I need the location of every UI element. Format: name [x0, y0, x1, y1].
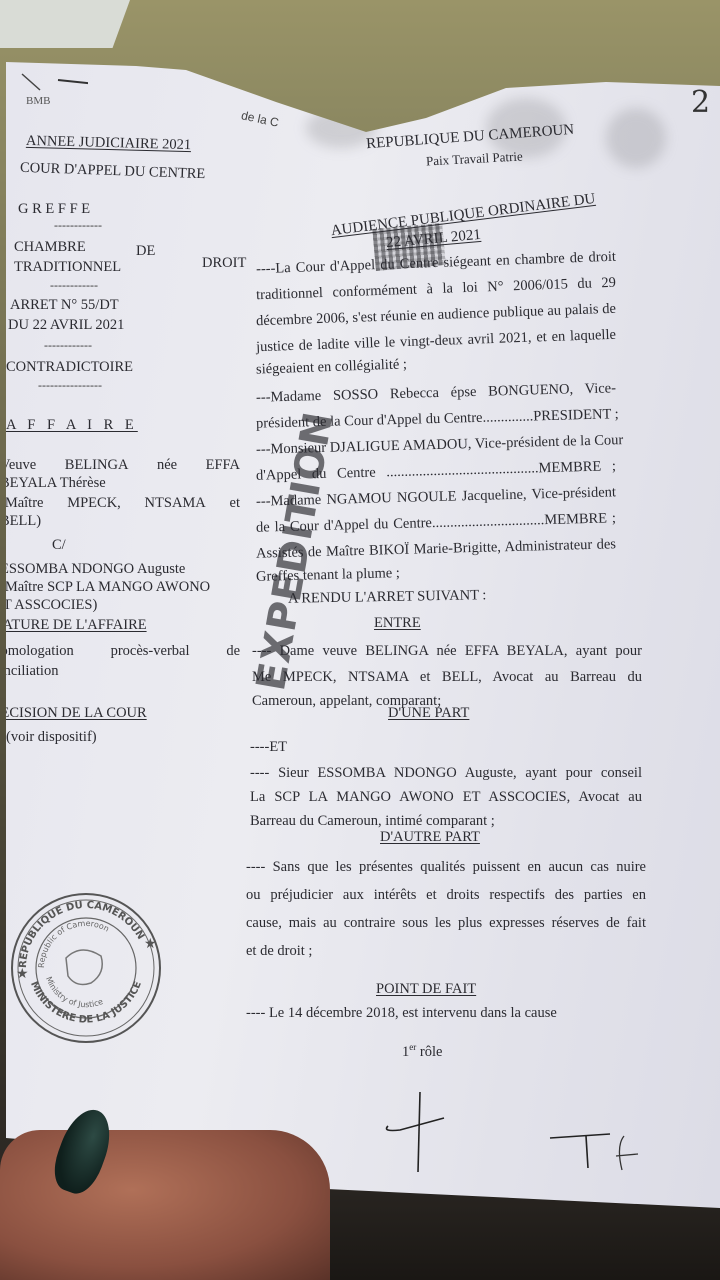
intro-line: traditionnel conformément à la loi N° 20…	[256, 274, 616, 305]
document-page: BMB de la C 2 ANNEE JUDICIAIRE 2021 COUR…	[6, 58, 720, 1208]
reserve-line: et de droit ;	[246, 942, 312, 960]
intro-line: décembre 2006, s'est réunie en audience …	[256, 300, 616, 331]
nature-title: NATURE DE L'AFFAIRE	[0, 616, 147, 634]
appelant-line-2: BEYALA Thérèse	[0, 474, 106, 492]
decision-title: DECISION DE LA COUR	[0, 704, 147, 722]
entre-label: ENTRE	[374, 614, 421, 632]
background-tile	[0, 0, 130, 48]
word: (Maître	[0, 494, 43, 512]
word: NTSAMA	[145, 494, 206, 512]
initials-label: BMB	[26, 92, 50, 110]
word: de	[226, 642, 240, 660]
nature-line-1: Homologation procès-verbal de	[0, 642, 240, 660]
chambre-traditionnel: TRADITIONNEL	[14, 258, 121, 276]
signature-1-icon	[382, 1088, 452, 1178]
partie1-line: Me MPECK, NTSAMA et BELL, Avocat au Barr…	[252, 668, 642, 686]
svg-text:Republic of Cameroon: Republic of Cameroon	[37, 919, 111, 968]
autre-part-label: D'AUTRE PART	[380, 828, 480, 846]
point-de-fait-title: POINT DE FAIT	[376, 980, 476, 998]
cour-appel: COUR D'APPEL DU CENTRE	[20, 159, 206, 183]
une-part-label: D'UNE PART	[388, 704, 469, 722]
separator: ------------	[54, 218, 102, 233]
separator: ------------	[50, 278, 98, 293]
nature-line-2: conciliation	[0, 662, 58, 680]
word: procès-verbal	[111, 642, 190, 660]
conseil1-line-1: (Maître MPECK, NTSAMA et	[0, 494, 240, 512]
ministry-seal-icon: REPUBLIQUE DU CAMEROUN MINISTERE DE LA J…	[6, 888, 166, 1048]
et-label: ----ET	[250, 738, 287, 756]
word: Veuve	[0, 456, 36, 474]
annee-judiciaire: ANNEE JUDICIAIRE 2021	[26, 132, 192, 154]
smudge	[606, 108, 666, 168]
reserve-line: cause, mais au contraire sous les plus e…	[246, 914, 646, 932]
fait-line: ---- Le 14 décembre 2018, est intervenu …	[246, 1004, 557, 1022]
signature-2-icon	[546, 1126, 646, 1176]
affaire-title: A F F A I R E	[6, 416, 138, 434]
handwritten-note: de la C	[240, 106, 281, 132]
partie2-line: La SCP LA MANGO AWONO ET ASSCOCIES, Avoc…	[250, 788, 642, 806]
partie2-line: ---- Sieur ESSOMBA NDONGO Auguste, ayant…	[250, 764, 642, 782]
devise: Paix Travail Patrie	[426, 147, 524, 170]
chambre-droit: DROIT	[202, 254, 246, 272]
intro-line: justice de ladite ville le vingt-deux av…	[256, 326, 616, 357]
word: née	[157, 456, 177, 474]
contradictoire-label: CONTRADICTOIRE	[6, 358, 133, 376]
svg-text:★: ★	[144, 937, 157, 952]
arret-date: DU 22 AVRIL 2021	[8, 316, 124, 334]
chambre-word: CHAMBRE	[14, 238, 86, 256]
svg-text:★: ★	[16, 967, 29, 982]
intro-line: siégeaient en collégialité ;	[256, 355, 408, 378]
composition-line: ---Madame SOSSO Rebecca épse BONGUENO, V…	[256, 379, 616, 406]
conseil2-line-1: (Maître SCP LA MANGO AWONO	[0, 578, 210, 596]
conseil1-line-2: BELL)	[0, 512, 41, 530]
chambre-de: DE	[136, 242, 155, 260]
rendu-label: A RENDU L'ARRET SUIVANT :	[288, 586, 487, 607]
partie1-line: ---- Dame veuve BELINGA née EFFA BEYALA,…	[252, 642, 642, 660]
contre-label: C/	[52, 536, 66, 554]
reserve-line: ou préjudicier aux intérêts et droits re…	[246, 886, 646, 904]
reserve-line: ---- Sans que les présentes qualités pui…	[246, 858, 646, 876]
greffe-label: G R E F F E	[18, 200, 90, 218]
word: BELINGA	[65, 456, 129, 474]
intime-name: ESSOMBA NDONGO Auguste	[0, 560, 185, 578]
word: MPECK,	[67, 494, 121, 512]
composition-line: Greffes tenant la plume ;	[256, 564, 400, 586]
arret-number: ARRET N° 55/DT	[10, 296, 119, 314]
word: et	[230, 494, 240, 512]
separator: ----------------	[38, 378, 102, 393]
word: Homologation	[0, 642, 74, 660]
top-pen-line	[446, 76, 720, 86]
page-number-handwritten: 2	[691, 94, 710, 112]
conseil2-line-2: ET ASSCOCIES)	[0, 596, 97, 614]
hand-holding-page	[0, 1130, 330, 1280]
decision-value: (voir dispositif)	[6, 728, 97, 746]
word: EFFA	[206, 456, 240, 474]
separator: ------------	[44, 338, 92, 353]
role-label: 1er rôle	[402, 1038, 442, 1061]
appelant-line-1: Veuve BELINGA née EFFA	[0, 456, 240, 474]
